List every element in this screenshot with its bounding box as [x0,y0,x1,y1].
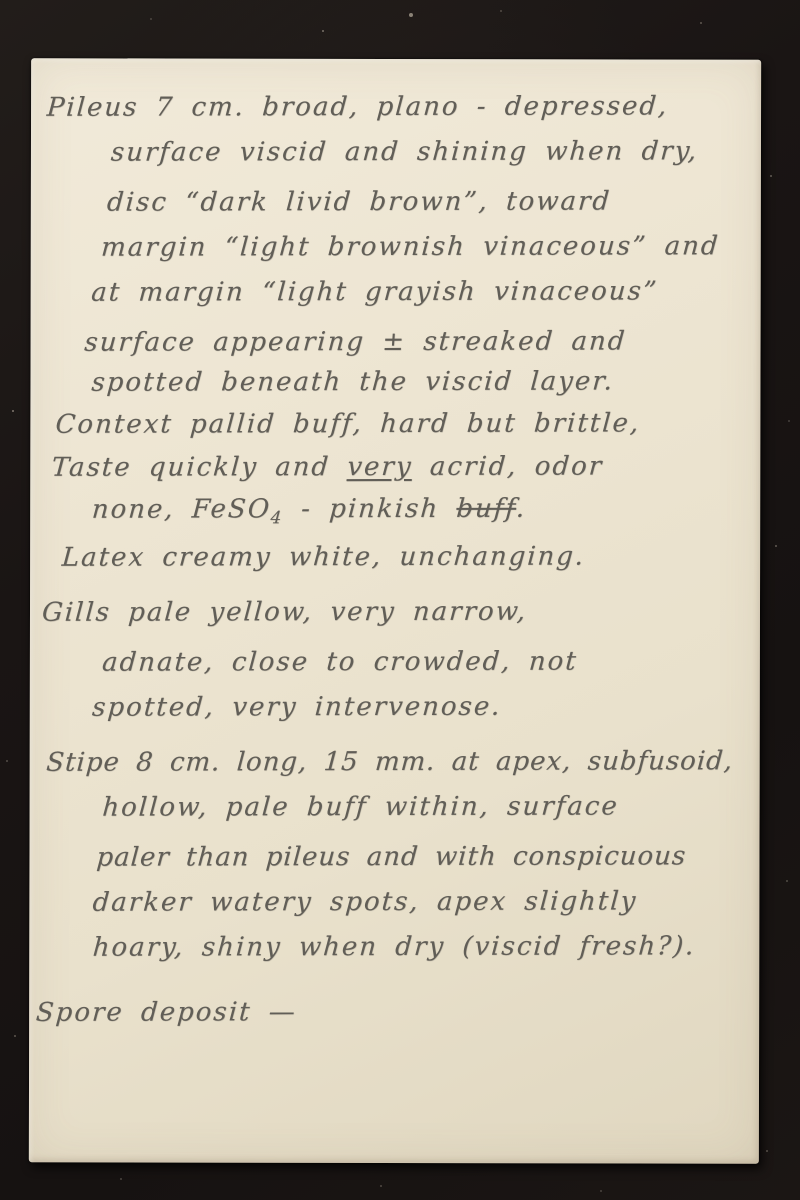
struck-word: buff [455,494,517,524]
underlined-word: very [346,452,413,482]
handwritten-line: hoary, shiny when dry (viscid fresh?). [92,931,697,962]
handwritten-line: hollow, pale buff within, surface [101,791,619,822]
line-segment: Taste quickly and [51,452,349,483]
photo-background: Pileus 7 cm. broad, plano - depressed, s… [0,0,800,1200]
handwritten-line: Spore deposit — [35,997,298,1028]
chemical-subscript: 4 [270,508,284,528]
lint-specks [0,0,2,2]
line-segment: acrid, odor [412,452,605,482]
handwritten-line: darker watery spots, apex slightly [92,886,639,917]
handwritten-line: Context pallid buff, hard but brittle, [55,408,642,439]
handwritten-line: spotted beneath the viscid layer. [90,366,615,397]
handwritten-line: adnate, close to crowded, not [101,647,579,678]
handwritten-line: margin “light brownish vinaceous” and [100,231,720,262]
handwritten-line: Latex creamy white, unchanging. [61,542,586,573]
handwritten-line: Gills pale yellow, very narrow, [41,597,528,628]
handwritten-line: Pileus 7 cm. broad, plano - depressed, [46,91,669,122]
handwritten-line: surface viscid and shining when dry, [110,136,699,167]
handwritten-line: surface appearing ± streaked and [83,326,627,357]
line-segment: none, FeSO [91,494,272,524]
handwritten-line: paler than pileus and with conspicuous [96,841,688,872]
handwriting-block: Pileus 7 cm. broad, plano - depressed, s… [29,58,762,1164]
handwritten-line: spotted, very intervenose. [91,692,502,723]
line-segment: - pinkish [283,494,457,524]
line-segment: . [515,494,527,524]
handwritten-line: at margin “light grayish vinaceous” [90,276,659,307]
handwritten-line: Taste quickly and very acrid, odor [51,452,605,483]
handwritten-line: Stipe 8 cm. long, 15 mm. at apex, subfus… [45,746,734,778]
handwritten-line: none, FeSO4 - pinkish buff. [91,494,528,529]
note-card: Pileus 7 cm. broad, plano - depressed, s… [29,58,761,1164]
handwritten-line: disc “dark livid brown”, toward [106,187,612,218]
